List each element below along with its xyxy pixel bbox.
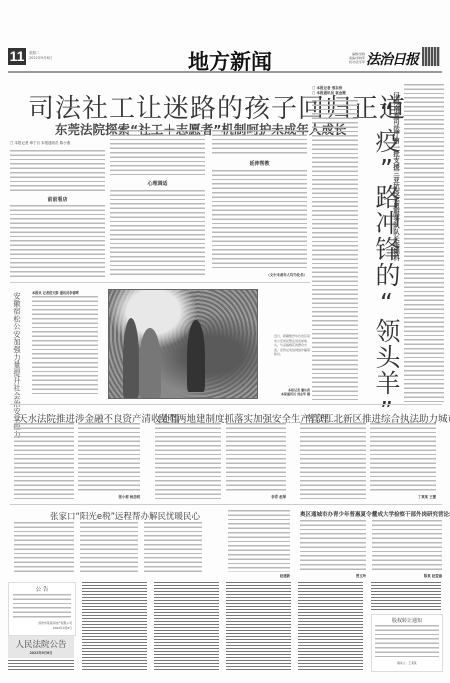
masthead: 11 星期二 2022年9月6日 地方新闻 编辑/吴晓 美编/李晓军 校对/张学… xyxy=(8,46,442,72)
brief-body xyxy=(300,423,366,500)
lead-byline: □ 本报记者 章宁旦 本报通讯员 陈小燕 xyxy=(10,141,70,146)
photo-story-body xyxy=(32,296,98,396)
photo-figure xyxy=(123,318,139,398)
section-divider xyxy=(10,504,442,505)
brief-body xyxy=(78,423,140,493)
brief-author: 张小莉 杨岳明 xyxy=(78,494,140,499)
side-byline-line: □ 本报通讯员 袁金霞 xyxy=(312,91,346,96)
court-notice-column xyxy=(298,582,363,670)
brief-author: 曾玉玲 xyxy=(300,573,366,578)
lead-credit-note: （文中未成年人均为化名） xyxy=(212,272,307,277)
public-notice-title: 公 告 xyxy=(9,585,75,593)
editor-credit: 校对/张学军 xyxy=(349,60,365,64)
lead-subsection-title: 前前看店 xyxy=(10,196,105,203)
court-notice-column xyxy=(226,582,291,670)
section-divider xyxy=(10,404,442,405)
brief-body xyxy=(370,423,436,493)
side-byline: □ 本报记者 邢东伟 □ 本报通讯员 袁金霞 xyxy=(312,86,346,96)
brief-body xyxy=(14,522,74,574)
brief-body xyxy=(228,510,290,572)
brief-author: 丁某某 王蕾 xyxy=(370,494,436,499)
lead-body-col1b xyxy=(10,205,105,278)
lead-body-col2a xyxy=(110,130,205,175)
lead-subsection-title: 延伸帮教 xyxy=(212,160,307,167)
court-notice-column xyxy=(371,582,441,610)
qr-code-icon xyxy=(422,47,440,66)
brief-body xyxy=(155,423,221,500)
side-body-col1 xyxy=(312,100,358,400)
brief-author: 陈某 赵爱丽 xyxy=(372,573,442,578)
equity-notice-contact: 联系人：王某某 xyxy=(375,661,439,665)
court-notice-header: 人民法院公告 2022年9月6日 xyxy=(8,636,74,658)
page-date-info: 星期二 2022年9月6日 xyxy=(29,51,52,61)
side-body-col2 xyxy=(404,84,444,404)
brief-author: 赵建新 xyxy=(228,573,290,578)
brief-body xyxy=(14,423,74,500)
public-notice: 公 告 扬州市某某房地产有限公司 2022年9月6日 xyxy=(8,582,76,636)
court-notice-text xyxy=(8,660,74,670)
masthead-rule xyxy=(8,71,442,73)
brief-body xyxy=(372,520,442,572)
signature-text: 扬州市某某房地产有限公司 xyxy=(38,621,72,626)
brief-body xyxy=(226,423,286,493)
newspaper-page: 11 星期二 2022年9月6日 地方新闻 编辑/吴晓 美编/李晓军 校对/张学… xyxy=(0,0,450,683)
brief-body xyxy=(300,520,366,572)
public-notice-body xyxy=(13,594,71,620)
brief-title: 岳成大学检察干部外岗研究营论坛 xyxy=(372,510,442,518)
court-notice-column xyxy=(154,582,219,670)
brief-title: 奥区通城市办青少年普惠夏令营 xyxy=(300,510,366,518)
photo-credit-line: 本报通讯员 刘志华 摄 xyxy=(274,392,310,396)
photo-credit: 本报记者 潘从武 本报通讯员 刘志华 摄 xyxy=(274,388,310,396)
photo-caption: 近日，新疆维吾尔自治区某市公安局民警走进田间地头，与采摘棉花的群众交流，宣传反电… xyxy=(274,334,310,357)
court-notice-date: 2022年9月6日 xyxy=(8,650,74,655)
news-photo xyxy=(108,289,258,399)
photo-figure xyxy=(187,320,205,392)
equity-transfer-notice: 股权转让通知 联系人：王某某 xyxy=(371,614,443,672)
signature-date: 2022年9月6日 xyxy=(38,626,72,631)
lead-body-col3b xyxy=(212,170,307,270)
newspaper-logo: 法治日报 xyxy=(366,49,418,69)
public-notice-signature: 扬州市某某房地产有限公司 2022年9月6日 xyxy=(38,621,72,630)
court-notice-title: 人民法院公告 xyxy=(8,638,74,650)
equity-notice-title: 股权转让通知 xyxy=(372,617,442,624)
photo-figure xyxy=(139,328,161,398)
page-number: 11 xyxy=(8,48,26,65)
equity-notice-body xyxy=(375,625,439,659)
lead-body-col2b xyxy=(110,190,205,278)
brief-author: 李青 赵琴 xyxy=(226,494,286,499)
lead-body-col1a xyxy=(10,150,105,194)
brief-title: 张家口“阳光e税”远程帮办解民忧暖民心 xyxy=(50,510,180,522)
brief-body xyxy=(144,522,202,574)
editor-credits: 编辑/吴晓 美编/李晓军 校对/张学军 xyxy=(349,52,365,65)
issue-date: 2022年9月6日 xyxy=(29,56,52,61)
section-divider xyxy=(10,282,310,283)
lead-body-col3a xyxy=(212,130,307,155)
photo-story-byline: 本报讯 记者范天娇 通讯员李春晖 xyxy=(32,290,98,295)
side-deck: 记海南省司法厅第一批支援三亚抗疫志愿服务队队长李锦科 xyxy=(392,92,401,261)
lead-subsection-title: 心理调适 xyxy=(110,180,205,187)
brief-body xyxy=(80,522,138,574)
court-notice-column xyxy=(82,582,147,670)
